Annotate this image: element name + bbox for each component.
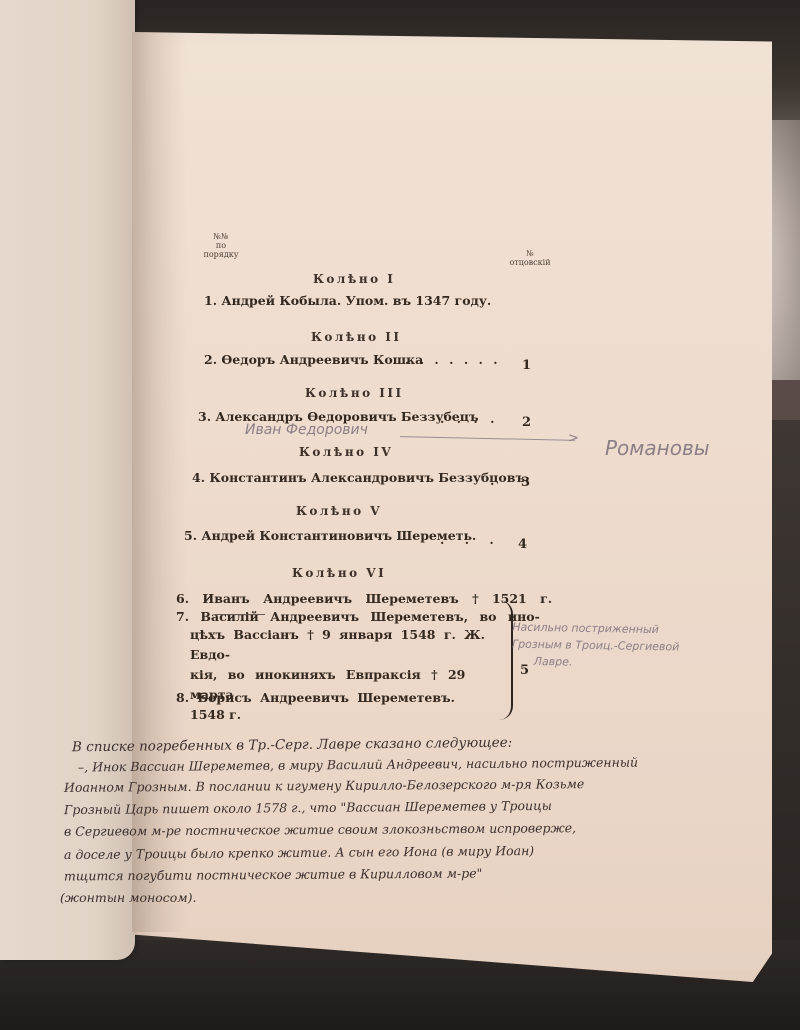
generation-title-4: Колѣно IV	[299, 445, 393, 459]
header-line: по	[200, 241, 242, 250]
father-number-4: 3	[521, 475, 530, 490]
father-number-3: 2	[522, 415, 531, 430]
book-page	[132, 32, 772, 982]
ink-note-line-8: (жонтын моносом).	[60, 890, 196, 905]
father-number-2: 1	[522, 358, 531, 373]
note-line: Лавре.	[512, 653, 680, 673]
father-number-5: 4	[518, 537, 527, 552]
grouping-brace	[497, 600, 513, 720]
header-line: №№	[200, 232, 242, 241]
arrow-head-icon: >	[568, 431, 579, 446]
entry-line: цѣхъ Вассіанъ † 9 января 1548 г. Ж. Евдо…	[190, 625, 500, 665]
pen-underline	[215, 614, 265, 615]
column-header-order-number: №№ по порядку	[200, 232, 242, 259]
entry-4: 4. Константинъ Александровичъ Беззубцовъ…	[192, 470, 529, 485]
entry-7-continuation: цѣхъ Вассіанъ † 9 января 1548 г. Ж. Евдо…	[190, 625, 500, 725]
leader-dots: . . . .	[440, 411, 498, 426]
entry-line: 1548 г.	[190, 705, 500, 725]
generation-title-1: Колѣно I	[313, 272, 395, 286]
leader-dots: .	[490, 473, 494, 488]
leader-dots: . . .	[440, 532, 502, 547]
header-line: порядку	[200, 250, 242, 259]
ink-note-line-7: тщится погубити постническое житие в Кир…	[64, 866, 482, 884]
entry-2: 2. Ѳедоръ Андреевичъ Кошка	[204, 352, 423, 367]
generation-title-2: Колѣно II	[311, 330, 402, 344]
generation-title-3: Колѣно III	[305, 386, 404, 400]
entry-1: 1. Андрей Кобыла. Упом. въ 1347 году.	[204, 293, 491, 308]
entry-6: 6. Иванъ Андреевичъ Шереметевъ † 1521 г.	[176, 591, 552, 606]
pencil-note-ivan-fedorovich: Иван Федорович	[245, 422, 368, 438]
column-header-father-number: № отцовскій	[505, 249, 555, 267]
pencil-margin-note: Насильно постриженный Грозным в Троиц.-С…	[512, 619, 680, 673]
entry-5: 5. Андрей Константиновичъ Шереметь.	[184, 528, 476, 543]
entry-8: 8. Борисъ Андреевичъ Шереметевъ.	[176, 690, 455, 705]
generation-title-5: Колѣно V	[296, 504, 382, 518]
leader-dots: . . . . . . .	[405, 352, 501, 367]
generation-title-6: Колѣно VI	[292, 566, 386, 580]
entry-7: 7. Василій Андреевичъ Шереметевъ, во ино…	[176, 609, 540, 624]
header-line: отцовскій	[505, 258, 555, 267]
pencil-note-romanovy: Романовы	[605, 436, 710, 460]
header-line: №	[505, 249, 555, 258]
